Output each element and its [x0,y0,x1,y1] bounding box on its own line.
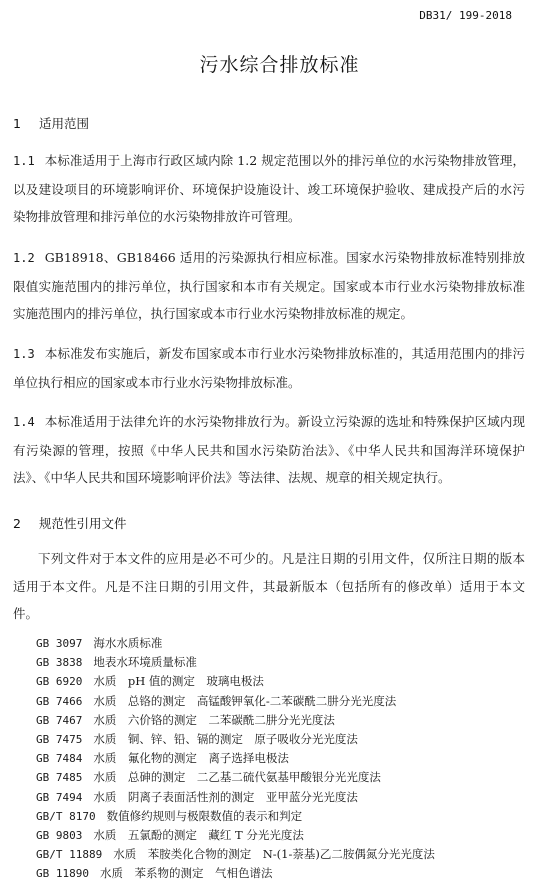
reference-item: GB 3097海水水质标准 [36,634,435,653]
clause-1-3: 1.3本标准发布实施后，新发布国家或本市行业水污染物排放标准的，其适用范围内的排… [13,340,525,396]
section-title: 适用范围 [39,116,89,131]
reference-item: GB/T 11889水质 苯胺类化合物的测定 N-(1-萘基)乙二胺偶氮分光光度… [36,845,435,864]
section-title: 规范性引用文件 [39,516,127,531]
section-2-intro: 下列文件对于本文件的应用是必不可少的。凡是注日期的引用文件，仅所注日期的版本适用… [13,545,525,628]
clause-number: 1.2 [13,251,35,265]
document-title: 污水综合排放标准 [0,50,559,77]
clause-number: 1.1 [13,154,35,168]
document-code: DB31/ 199-2018 [419,9,512,22]
clause-number: 1.3 [13,347,35,361]
reference-item: GB 9803水质 五氯酚的测定 藏红 T 分光光度法 [36,826,435,845]
reference-item: GB 7484水质 氟化物的测定 离子选择电极法 [36,749,435,768]
clause-1-1: 1.1本标准适用于上海市行政区域内除 1.2 规定范围以外的排污单位的水污染物排… [13,147,525,231]
clause-1-4: 1.4本标准适用于法律允许的水污染物排放行为。新设立污染源的选址和特殊保护区域内… [13,408,525,492]
clause-number: 1.4 [13,415,35,429]
reference-item: GB 7485水质 总砷的测定 二乙基二硫代氨基甲酸银分光光度法 [36,768,435,787]
clause-text: 本标准适用于法律允许的水污染物排放行为。新设立污染源的选址和特殊保护区域内现有污… [13,414,525,485]
clause-text: 本标准发布实施后，新发布国家或本市行业水污染物排放标准的，其适用范围内的排污单位… [13,346,525,390]
section-2-heading: 2规范性引用文件 [13,514,127,532]
reference-item: GB 3838地表水环境质量标准 [36,653,435,672]
reference-item: GB 7466水质 总铬的测定 高锰酸钾氧化-二苯碳酰二肼分光光度法 [36,692,435,711]
reference-item: GB/T 8170数值修约规则与极限数值的表示和判定 [36,807,435,826]
clause-text: GB18918、GB18466 适用的污染源执行相应标准。国家水污染物排放标准特… [13,250,525,321]
clause-text: 本标准适用于上海市行政区域内除 1.2 规定范围以外的排污单位的水污染物排放管理… [13,153,525,224]
normative-references-list: GB 3097海水水质标准 GB 3838地表水环境质量标准 GB 6920水质… [36,634,435,883]
reference-item: GB 11890水质 苯系物的测定 气相色谱法 [36,864,435,883]
reference-item: GB 7467水质 六价铬的测定 二苯碳酰二肼分光光度法 [36,711,435,730]
reference-item: GB 7494水质 阴离子表面活性剂的测定 亚甲蓝分光光度法 [36,788,435,807]
clause-1-2: 1.2GB18918、GB18466 适用的污染源执行相应标准。国家水污染物排放… [13,244,525,328]
section-1-heading: 1适用范围 [13,114,89,132]
section-number: 1 [13,116,39,131]
reference-item: GB 7475水质 铜、锌、铅、镉的测定 原子吸收分光光度法 [36,730,435,749]
reference-item: GB 6920水质 pH 值的测定 玻璃电极法 [36,672,435,691]
section-number: 2 [13,516,39,531]
